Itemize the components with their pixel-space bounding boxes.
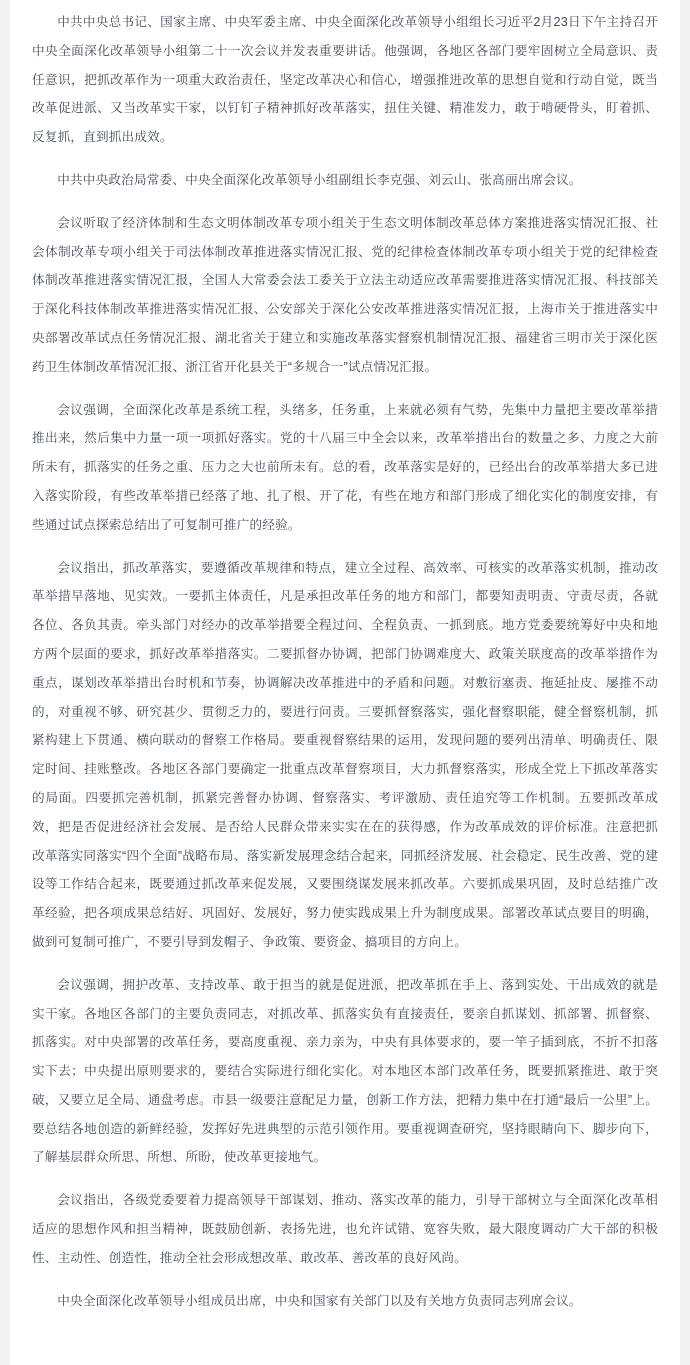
article-page: 中共中央总书记、国家主席、中央军委主席、中央全面深化改革领导小组组长习近平2月2… [10, 0, 680, 1365]
paragraph-attendees: 中共中央政治局常委、中央全面深化改革领导小组副组长李克强、刘云山、张高丽出席会议… [32, 166, 658, 195]
paragraph-six-measures: 会议指出，抓改革落实，要遵循改革规律和特点，建立全过程、高效率、可核实的改革落实… [32, 554, 658, 957]
paragraph-overview: 会议强调，全面深化改革是系统工程，头绪多，任务重，上来就必须有气势，先集中力量把… [32, 396, 658, 540]
paragraph-responsibility: 会议强调，拥护改革、支持改革、敢于担当的就是促进派，把改革抓在手上、落到实处、干… [32, 971, 658, 1173]
paragraph-reports: 会议听取了经济体制和生态文明体制改革专项小组关于生态文明体制改革总体方案推进落实… [32, 209, 658, 382]
paragraph-lead: 中共中央总书记、国家主席、中央军委主席、中央全面深化改革领导小组组长习近平2月2… [32, 8, 658, 152]
paragraph-closing: 中央全面深化改革领导小组成员出席，中央和国家有关部门以及有关地方负责同志列席会议… [32, 1287, 658, 1316]
article-body: 中共中央总书记、国家主席、中央军委主席、中央全面深化改革领导小组组长习近平2月2… [32, 8, 658, 1315]
paragraph-cadres: 会议指出，各级党委要着力提高领导干部谋划、推动、落实改革的能力，引导干部树立与全… [32, 1186, 658, 1272]
